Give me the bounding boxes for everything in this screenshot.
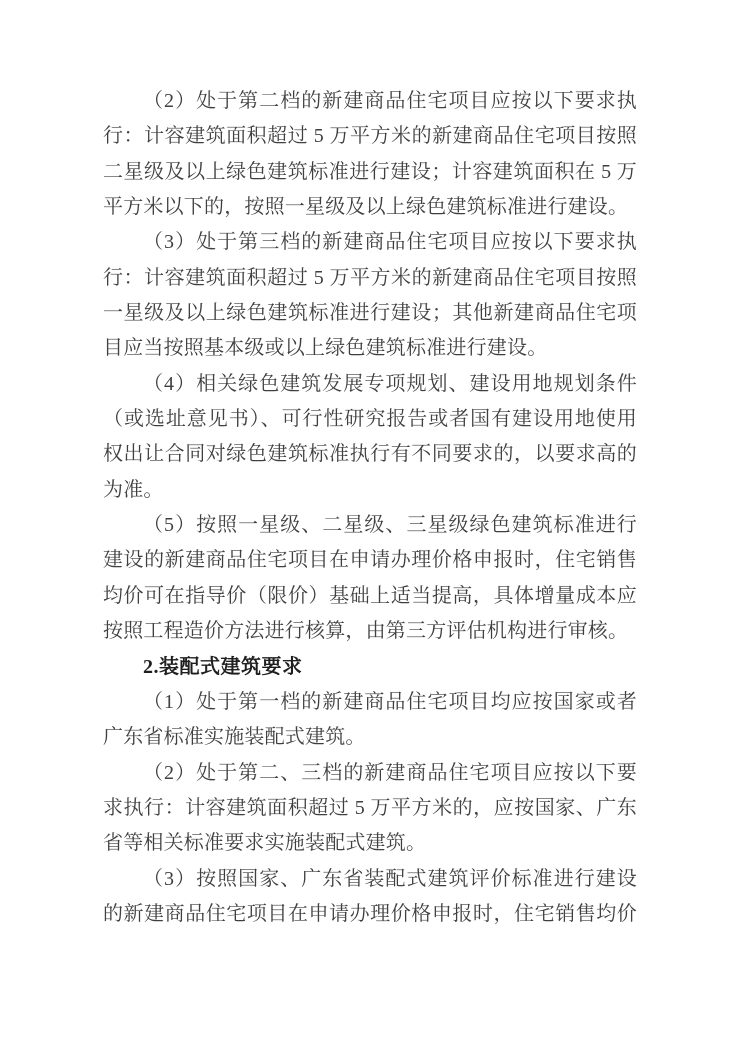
paragraph-green-tier2-line4: 平方米以下的，按照一星级及以上绿色建筑标准进行建设。	[103, 190, 637, 225]
paragraph-green-planning-line4: 为准。	[103, 473, 637, 508]
document-page: （2）处于第二档的新建商品住宅项目应按以下要求执 行：计容建筑面积超过 5 万平…	[0, 0, 740, 1046]
section-heading-prefab-requirements: 2.装配式建筑要求	[103, 650, 637, 685]
document-body: （2）处于第二档的新建商品住宅项目应按以下要求执 行：计容建筑面积超过 5 万平…	[103, 84, 637, 932]
paragraph-prefab-tier1-line2: 广东省标准实施装配式建筑。	[103, 720, 637, 755]
paragraph-prefab-pricing-line1: （3）按照国家、广东省装配式建筑评价标准进行建设	[103, 862, 637, 897]
paragraph-green-tier2-line2: 行：计容建筑面积超过 5 万平方米的新建商品住宅项目按照	[103, 119, 637, 154]
paragraph-prefab-tier23-line2: 求执行：计容建筑面积超过 5 万平方米的，应按国家、广东	[103, 791, 637, 826]
paragraph-prefab-tier1-line1: （1）处于第一档的新建商品住宅项目均应按国家或者	[103, 685, 637, 720]
paragraph-green-tier2-line3: 二星级及以上绿色建筑标准进行建设；计容建筑面积在 5 万	[103, 155, 637, 190]
paragraph-green-tier2-line1: （2）处于第二档的新建商品住宅项目应按以下要求执	[103, 84, 637, 119]
paragraph-green-tier3-line1: （3）处于第三档的新建商品住宅项目应按以下要求执	[103, 225, 637, 260]
paragraph-green-tier3-line3: 一星级及以上绿色建筑标准进行建设；其他新建商品住宅项	[103, 296, 637, 331]
paragraph-prefab-pricing-line2: 的新建商品住宅项目在申请办理价格申报时，住宅销售均价	[103, 897, 637, 932]
paragraph-green-planning-line3: 权出让合同对绿色建筑标准执行有不同要求的，以要求高的	[103, 437, 637, 472]
paragraph-green-pricing-line3: 均价可在指导价（限价）基础上适当提高，具体增量成本应	[103, 579, 637, 614]
paragraph-green-tier3-line2: 行：计容建筑面积超过 5 万平方米的新建商品住宅项目按照	[103, 261, 637, 296]
paragraph-green-tier3-line4: 目应当按照基本级或以上绿色建筑标准进行建设。	[103, 331, 637, 366]
paragraph-prefab-tier23-line3: 省等相关标准要求实施装配式建筑。	[103, 826, 637, 861]
paragraph-green-pricing-line2: 建设的新建商品住宅项目在申请办理价格申报时，住宅销售	[103, 543, 637, 578]
paragraph-green-planning-line2: （或选址意见书）、可行性研究报告或者国有建设用地使用	[103, 402, 637, 437]
paragraph-green-pricing-line1: （5）按照一星级、二星级、三星级绿色建筑标准进行	[103, 508, 637, 543]
paragraph-green-pricing-line4: 按照工程造价方法进行核算，由第三方评估机构进行审核。	[103, 614, 637, 649]
paragraph-prefab-tier23-line1: （2）处于第二、三档的新建商品住宅项目应按以下要	[103, 756, 637, 791]
paragraph-green-planning-line1: （4）相关绿色建筑发展专项规划、建设用地规划条件	[103, 367, 637, 402]
